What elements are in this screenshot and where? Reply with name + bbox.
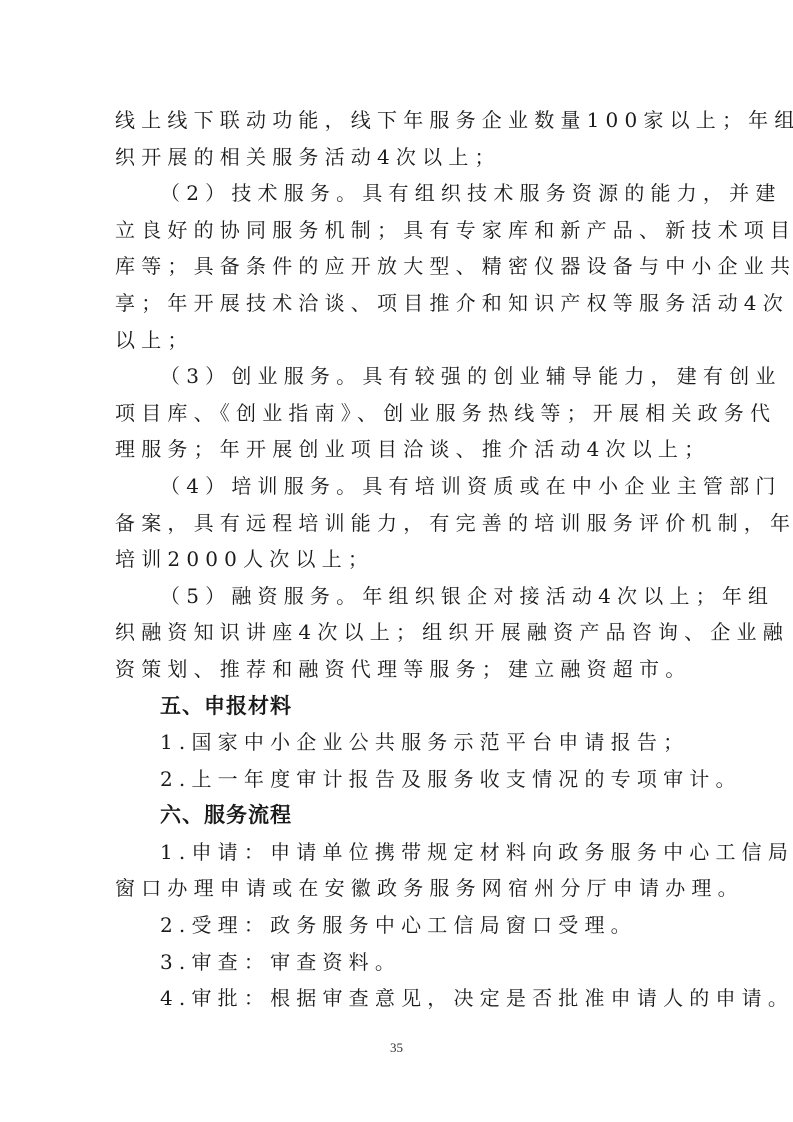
document-page: 线上线下联动功能，线下年服务企业数量100家以上；年组 织开展的相关服务活动4次… — [115, 102, 675, 1017]
paragraph-line: 以上； — [115, 322, 675, 359]
section-heading-service-process: 六、服务流程 — [115, 797, 675, 834]
paragraph-line-startup-service: （3）创业服务。具有较强的创业辅导能力，建有创业 — [115, 358, 675, 395]
paragraph-line: 培训2000人次以上； — [115, 541, 675, 578]
list-item: 3.审查：审查资料。 — [115, 944, 675, 981]
paragraph-line: 资策划、推荐和融资代理等服务；建立融资超市。 — [115, 651, 675, 688]
section-heading-application-materials: 五、申报材料 — [115, 688, 675, 725]
paragraph-line: 线上线下联动功能，线下年服务企业数量100家以上；年组 — [115, 102, 675, 139]
paragraph-line-training-service: （4）培训服务。具有培训资质或在中小企业主管部门 — [115, 468, 675, 505]
paragraph-line: 库等；具备条件的应开放大型、精密仪器设备与中小企业共 — [115, 248, 675, 285]
paragraph-line: 织融资知识讲座4次以上；组织开展融资产品咨询、企业融 — [115, 614, 675, 651]
paragraph-line-financing-service: （5）融资服务。年组织银企对接活动4次以上；年组 — [115, 578, 675, 615]
page-number: 35 — [0, 1040, 793, 1056]
paragraph-line: 备案，具有远程培训能力，有完善的培训服务评价机制，年 — [115, 505, 675, 542]
list-item: 2.上一年度审计报告及服务收支情况的专项审计。 — [115, 761, 675, 798]
list-item: 4.审批：根据审查意见，决定是否批准申请人的申请。 — [115, 980, 675, 1017]
paragraph-line: 享；年开展技术洽谈、项目推介和知识产权等服务活动4次 — [115, 285, 675, 322]
list-item: 2.受理：政务服务中心工信局窗口受理。 — [115, 907, 675, 944]
list-item-continuation: 窗口办理申请或在安徽政务服务网宿州分厅申请办理。 — [115, 870, 675, 907]
list-item: 1.申请：申请单位携带规定材料向政务服务中心工信局 — [115, 834, 675, 871]
paragraph-line: 织开展的相关服务活动4次以上； — [115, 139, 675, 176]
paragraph-line: 项目库、《创业指南》、创业服务热线等；开展相关政务代 — [115, 395, 675, 432]
list-item: 1.国家中小企业公共服务示范平台申请报告； — [115, 724, 675, 761]
paragraph-line-tech-service: （2）技术服务。具有组织技术服务资源的能力，并建 — [115, 175, 675, 212]
paragraph-line: 理服务；年开展创业项目洽谈、推介活动4次以上； — [115, 431, 675, 468]
paragraph-line: 立良好的协同服务机制；具有专家库和新产品、新技术项目 — [115, 212, 675, 249]
